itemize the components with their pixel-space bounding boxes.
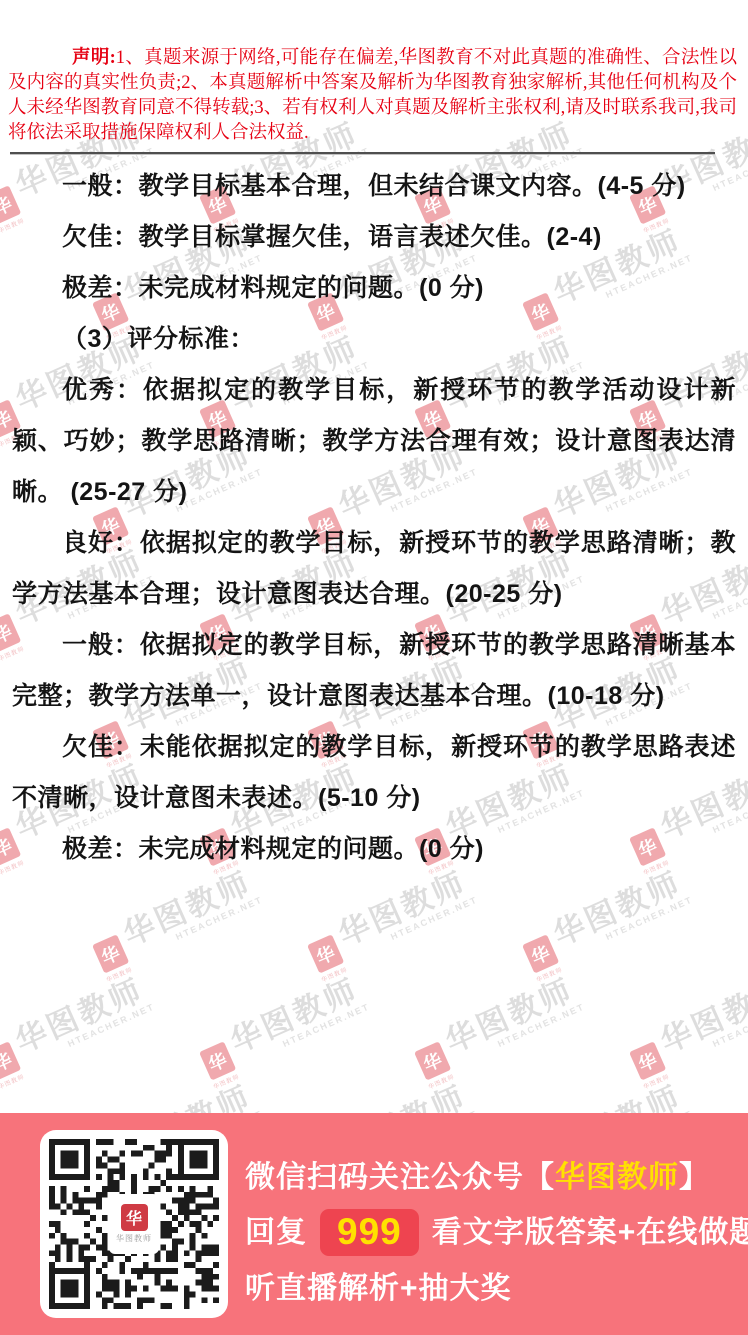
disclaimer-notice: 声明:1、真题来源于网络,可能存在偏差,华图教育不对此真题的准确性、合法性以及内…	[0, 0, 748, 146]
promo-line2-suffix: 看文字版答案+在线做题估分	[432, 1216, 748, 1249]
body-paragraph: 一般：教学目标基本合理，但未结合课文内容。(4-5 分)	[12, 161, 736, 212]
huatu-logo-icon: 华	[629, 1041, 666, 1080]
huatu-watermark: 华华图教师华图教师HTEACHER.NET	[620, 963, 748, 1091]
promo-line-1: 微信扫码关注公众号【华图教师】	[245, 1161, 748, 1194]
body-paragraph: 欠佳：教学目标掌握欠佳，语言表述欠佳。(2-4)	[12, 212, 736, 263]
body-paragraph: 一般：依据拟定的教学目标，新授环节的教学思路清晰基本完整；教学方法单一，设计意图…	[12, 620, 736, 722]
body-paragraph: 欠佳：未能依据拟定的教学目标，新授环节的教学思路表述不清晰，设计意图未表述。(5…	[12, 722, 736, 824]
watermark-logo-caption: 华图教师	[535, 964, 564, 984]
watermark-domain-text: HTEACHER.NET	[711, 1001, 748, 1049]
disclaimer-paragraph: 声明:1、真题来源于网络,可能存在偏差,华图教育不对此真题的准确性、合法性以及内…	[8, 46, 737, 146]
body-paragraph: 极差：未完成材料规定的问题。(0 分)	[12, 263, 736, 314]
brand-highlight: 华图教师	[555, 1161, 679, 1194]
huatu-watermark: 华华图教师华图教师HTEACHER.NET	[190, 963, 376, 1091]
grading-criteria-text: 一般：教学目标基本合理，但未结合课文内容。(4-5 分) 欠佳：教学目标掌握欠佳…	[0, 155, 748, 875]
document-page: 华华图教师华图教师HTEACHER.NET华华图教师华图教师HTEACHER.N…	[0, 0, 748, 1335]
watermark-brand-text: 华图教师	[652, 963, 748, 1061]
body-paragraph: 优秀：依据拟定的教学目标，新授环节的教学活动设计新颖、巧妙；教学思路清晰；教学方…	[12, 365, 736, 518]
huatu-watermark: 华华图教师华图教师HTEACHER.NET	[0, 963, 161, 1091]
huatu-watermark: 华华图教师华图教师HTEACHER.NET	[298, 856, 484, 984]
watermark-domain-text: HTEACHER.NET	[389, 894, 479, 942]
huatu-logo-icon: 华	[522, 934, 559, 973]
promo-line3-text: 听直播解析+抽大奖	[245, 1272, 512, 1305]
watermark-domain-text: HTEACHER.NET	[604, 894, 694, 942]
watermark-domain-text: HTEACHER.NET	[174, 894, 264, 942]
watermark-logo-caption: 华图教师	[105, 964, 134, 984]
huatu-watermark: 华华图教师华图教师HTEACHER.NET	[405, 963, 591, 1091]
qr-logo-caption: 华图教师	[116, 1233, 152, 1244]
watermark-domain-text: HTEACHER.NET	[66, 1001, 156, 1049]
promo-line-3: 听直播解析+抽大奖	[245, 1272, 748, 1305]
page-content: 声明:1、真题来源于网络,可能存在偏差,华图教育不对此真题的准确性、合法性以及内…	[0, 0, 748, 875]
body-paragraph: 极差：未完成材料规定的问题。(0 分)	[12, 824, 736, 875]
body-paragraph: （3）评分标准：	[12, 314, 736, 365]
huatu-logo-icon: 华	[199, 1041, 236, 1080]
watermark-brand-text: 华图教师	[222, 963, 369, 1061]
watermark-logo-caption: 华图教师	[642, 1071, 671, 1091]
watermark-logo-caption: 华图教师	[212, 1071, 241, 1091]
promo-banner: 华 华图教师 微信扫码关注公众号【华图教师】 回复999看文字版答案+在线做题估…	[0, 1113, 748, 1335]
disclaimer-label: 声明:	[72, 48, 116, 68]
huatu-watermark: 华华图教师华图教师HTEACHER.NET	[513, 856, 699, 984]
watermark-logo-caption: 华图教师	[0, 1071, 26, 1091]
promo-text-block: 微信扫码关注公众号【华图教师】 回复999看文字版答案+在线做题估分 听直播解析…	[245, 1161, 748, 1305]
huatu-logo-icon: 华	[0, 1041, 21, 1080]
huatu-logo-icon: 华	[92, 934, 129, 973]
promo-line-2: 回复999看文字版答案+在线做题估分	[245, 1209, 748, 1256]
reply-code-badge: 999	[320, 1209, 419, 1256]
watermark-brand-text: 华图教师	[7, 963, 154, 1061]
qr-center-logo: 华 华图教师	[109, 1194, 159, 1254]
huatu-logo-icon: 华	[414, 1041, 451, 1080]
huatu-logo-icon: 华	[307, 934, 344, 973]
promo-line1-prefix: 微信扫码关注公众号【	[245, 1161, 555, 1194]
promo-line1-suffix: 】	[679, 1161, 710, 1194]
watermark-logo-caption: 华图教师	[427, 1071, 456, 1091]
watermark-brand-text: 华图教师	[437, 963, 584, 1061]
qr-card: 华 华图教师	[40, 1130, 228, 1318]
disclaimer-text: 1、真题来源于网络,可能存在偏差,华图教育不对此真题的准确性、合法性以及内容的真…	[8, 48, 737, 143]
watermark-domain-text: HTEACHER.NET	[281, 1001, 371, 1049]
huatu-watermark: 华华图教师华图教师HTEACHER.NET	[83, 856, 269, 984]
watermark-logo-caption: 华图教师	[320, 964, 349, 984]
promo-line2-prefix: 回复	[245, 1216, 307, 1249]
watermark-domain-text: HTEACHER.NET	[496, 1001, 586, 1049]
huatu-logo-icon: 华	[121, 1204, 148, 1231]
body-paragraph: 良好：依据拟定的教学目标，新授环节的教学思路清晰；教学方法基本合理；设计意图表达…	[12, 518, 736, 620]
